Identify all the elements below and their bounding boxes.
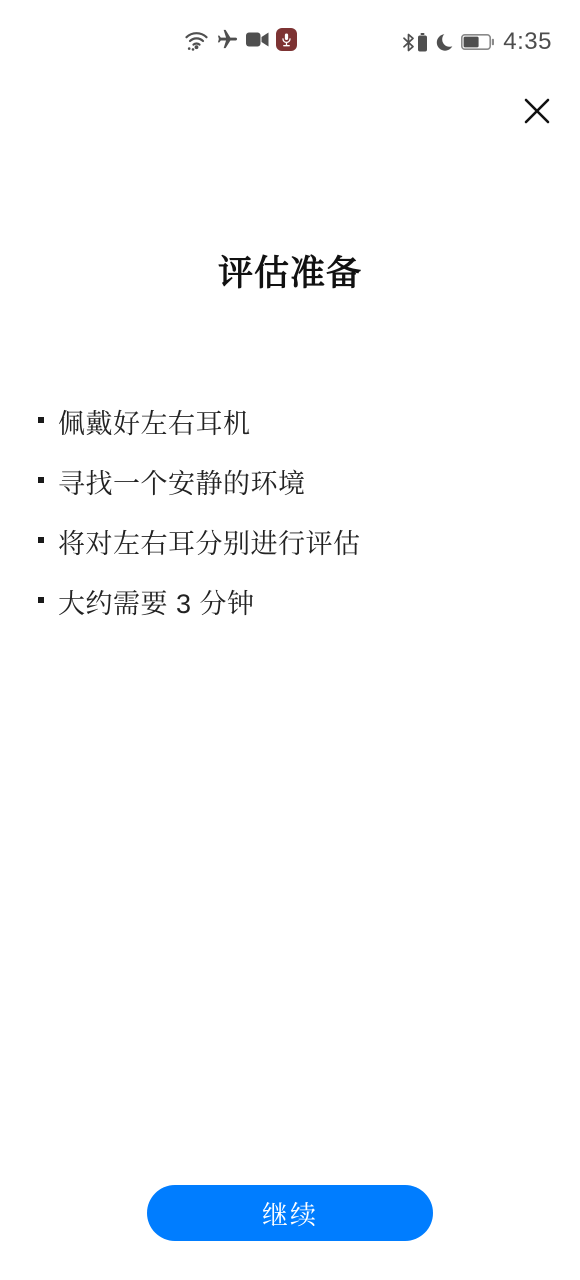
list-item-text: 将对左右耳分别进行评估 xyxy=(58,522,361,561)
list-item-text: 大约需要 3 分钟 xyxy=(58,582,255,621)
wifi-icon xyxy=(184,29,209,51)
airplane-mode-icon xyxy=(216,28,239,51)
device-battery-icon xyxy=(417,33,428,52)
page-title: 评估准备 xyxy=(0,246,580,296)
close-button[interactable] xyxy=(520,94,554,128)
list-item: 寻找一个安静的环境 xyxy=(38,464,556,498)
microphone-icon xyxy=(280,32,293,48)
bullet-marker xyxy=(38,597,44,603)
close-icon xyxy=(523,97,551,125)
list-item-text: 佩戴好左右耳机 xyxy=(58,402,251,441)
preparation-list: 佩戴好左右耳机 寻找一个安静的环境 将对左右耳分别进行评估 大约需要 3 分钟 xyxy=(38,404,556,644)
status-bar-left-icons xyxy=(184,28,297,51)
status-bar-right-icons: 4:35 xyxy=(402,28,552,56)
list-item: 将对左右耳分别进行评估 xyxy=(38,524,556,558)
bullet-marker xyxy=(38,417,44,423)
bluetooth-device-battery xyxy=(402,33,428,52)
do-not-disturb-moon-icon xyxy=(436,33,455,52)
video-camera-icon xyxy=(246,31,269,48)
microphone-recording-badge xyxy=(276,28,297,51)
bluetooth-icon xyxy=(402,33,415,52)
app-screen: 4:35 评估准备 佩戴好左右耳机 寻找一个安静的环境 将对左右耳分别进行评估 … xyxy=(0,0,580,1280)
bullet-marker xyxy=(38,537,44,543)
status-bar-time: 4:35 xyxy=(503,28,552,56)
battery-icon xyxy=(461,34,494,50)
bullet-marker xyxy=(38,477,44,483)
status-bar: 4:35 xyxy=(0,0,580,66)
continue-button[interactable]: 继续 xyxy=(147,1185,433,1241)
list-item: 佩戴好左右耳机 xyxy=(38,404,556,438)
list-item-text: 寻找一个安静的环境 xyxy=(58,462,306,501)
list-item: 大约需要 3 分钟 xyxy=(38,584,556,618)
